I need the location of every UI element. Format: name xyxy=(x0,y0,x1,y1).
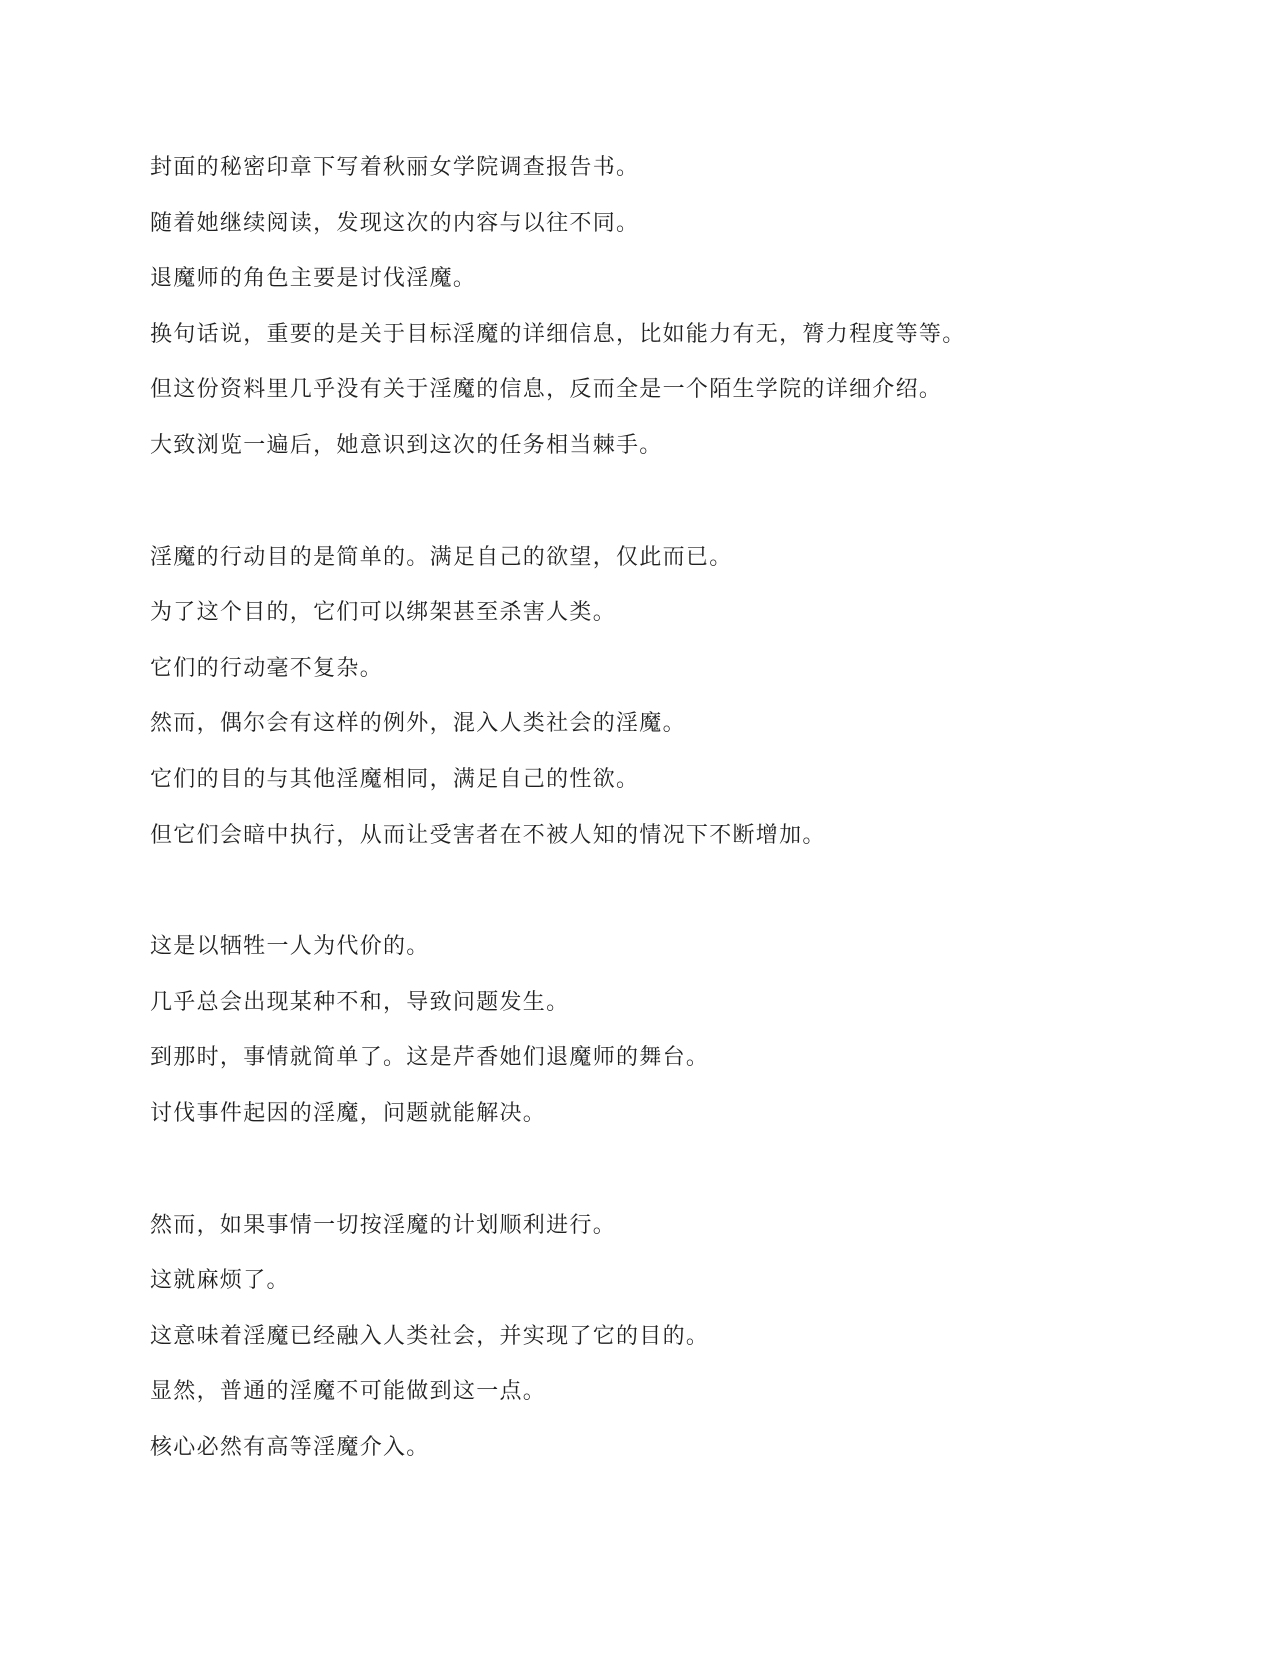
text-line: 核心必然有高等淫魔介入。 xyxy=(150,1419,1220,1475)
text-line: 几乎总会出现某种不和，导致问题发生。 xyxy=(150,974,1220,1030)
text-line: 到那时，事情就简单了。这是芹香她们退魔师的舞台。 xyxy=(150,1029,1220,1085)
document-page: 封面的秘密印章下写着秋丽女学院调查报告书。 随着她继续阅读，发现这次的内容与以往… xyxy=(0,0,1280,1656)
text-line: 这就麻烦了。 xyxy=(150,1252,1220,1308)
text-line: 退魔师的角色主要是讨伐淫魔。 xyxy=(150,250,1220,306)
text-line: 为了这个目的，它们可以绑架甚至杀害人类。 xyxy=(150,584,1220,640)
text-line: 封面的秘密印章下写着秋丽女学院调查报告书。 xyxy=(150,139,1220,195)
paragraph-4: 然而，如果事情一切按淫魔的计划顺利进行。 这就麻烦了。 这意味着淫魔已经融入人类… xyxy=(150,1197,1220,1475)
paragraph-3: 这是以牺牲一人为代价的。 几乎总会出现某种不和，导致问题发生。 到那时，事情就简… xyxy=(150,918,1220,1140)
text-block: 封面的秘密印章下写着秋丽女学院调查报告书。 随着她继续阅读，发现这次的内容与以往… xyxy=(150,139,1220,1530)
text-line: 但这份资料里几乎没有关于淫魔的信息，反而全是一个陌生学院的详细介绍。 xyxy=(150,361,1220,417)
text-line: 讨伐事件起因的淫魔，问题就能解决。 xyxy=(150,1085,1220,1141)
text-line: 然而，偶尔会有这样的例外，混入人类社会的淫魔。 xyxy=(150,695,1220,751)
text-line: 显然，普通的淫魔不可能做到这一点。 xyxy=(150,1363,1220,1419)
text-line: 它们的行动毫不复杂。 xyxy=(150,640,1220,696)
text-line: 它们的目的与其他淫魔相同，满足自己的性欲。 xyxy=(150,751,1220,807)
text-line: 换句话说，重要的是关于目标淫魔的详细信息，比如能力有无，膂力程度等等。 xyxy=(150,306,1220,362)
paragraph-1: 封面的秘密印章下写着秋丽女学院调查报告书。 随着她继续阅读，发现这次的内容与以往… xyxy=(150,139,1220,473)
text-line: 这意味着淫魔已经融入人类社会，并实现了它的目的。 xyxy=(150,1308,1220,1364)
text-line: 随着她继续阅读，发现这次的内容与以往不同。 xyxy=(150,195,1220,251)
text-line: 这是以牺牲一人为代价的。 xyxy=(150,918,1220,974)
text-line: 淫魔的行动目的是简单的。满足自己的欲望，仅此而已。 xyxy=(150,529,1220,585)
paragraph-2: 淫魔的行动目的是简单的。满足自己的欲望，仅此而已。 为了这个目的，它们可以绑架甚… xyxy=(150,529,1220,863)
text-line: 然而，如果事情一切按淫魔的计划顺利进行。 xyxy=(150,1197,1220,1253)
text-line: 但它们会暗中执行，从而让受害者在不被人知的情况下不断增加。 xyxy=(150,807,1220,863)
text-line: 大致浏览一遍后，她意识到这次的任务相当棘手。 xyxy=(150,417,1220,473)
